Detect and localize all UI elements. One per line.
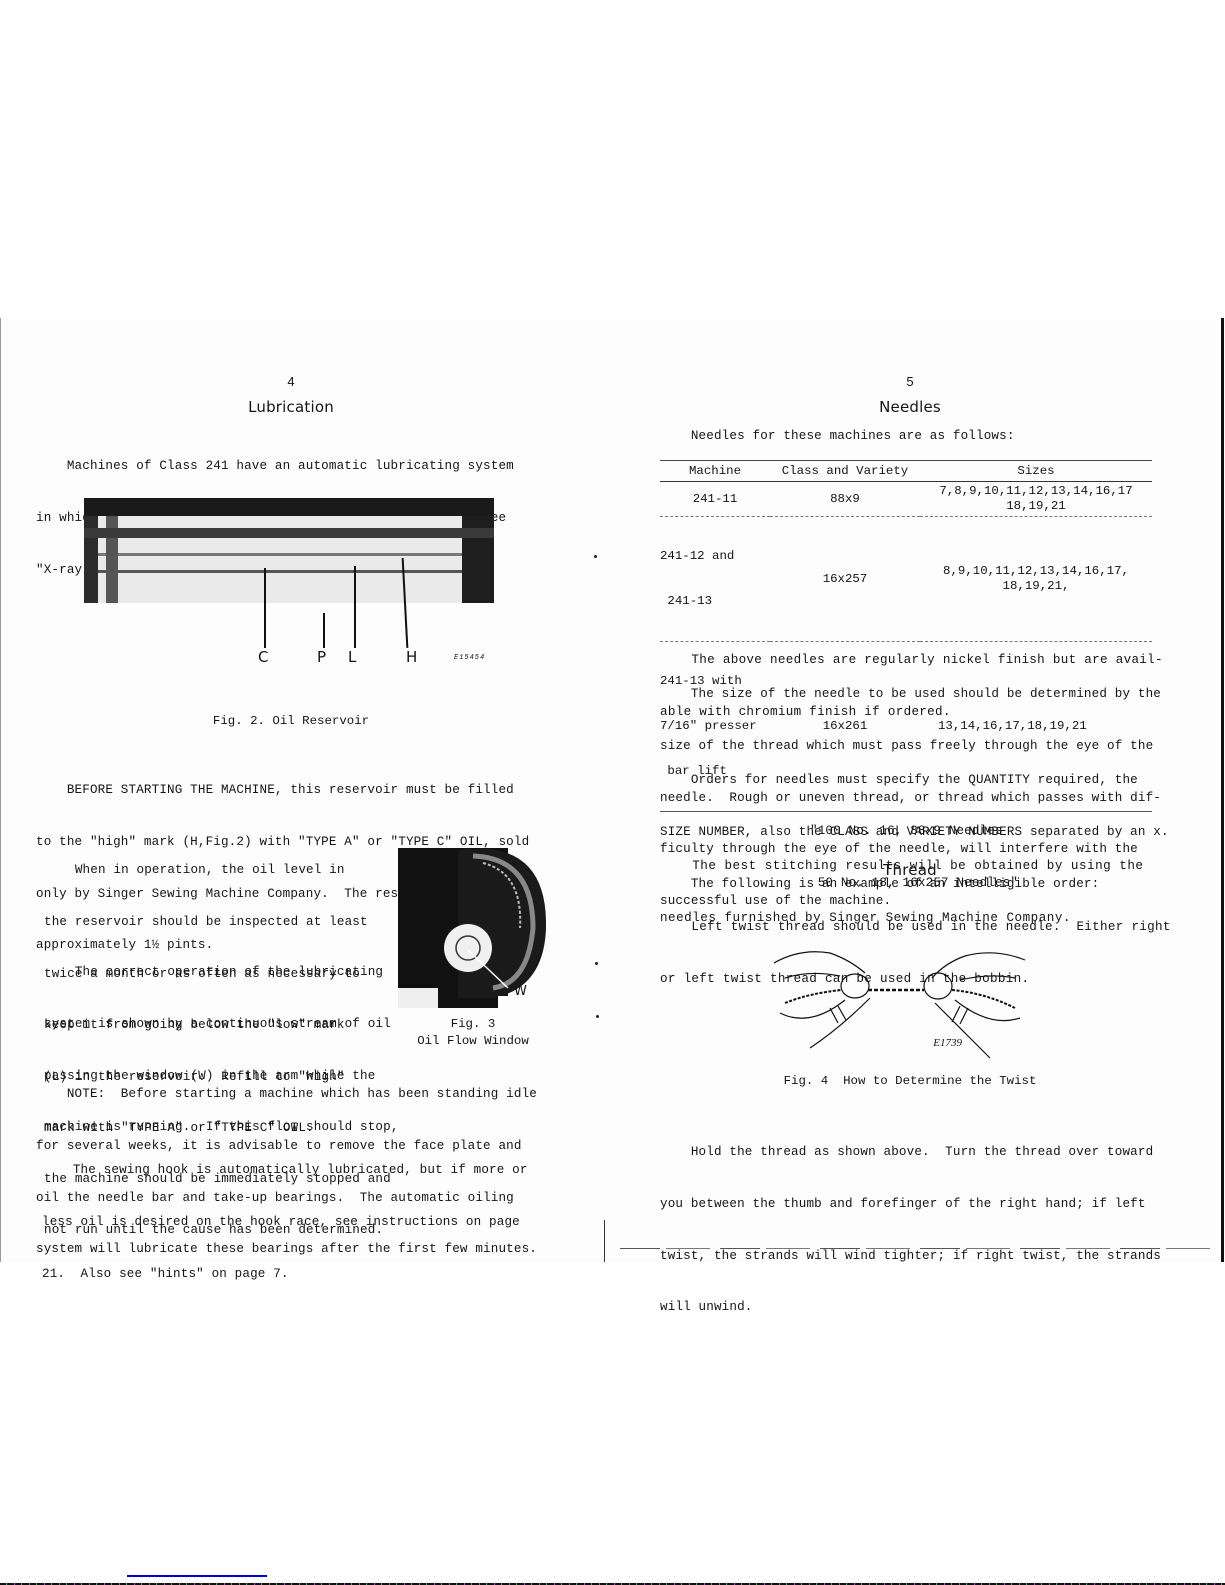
column-header-sizes: Sizes xyxy=(920,461,1152,482)
figure-oil-reservoir: C P L H E15454 xyxy=(84,498,494,658)
page-edge-right xyxy=(1221,318,1224,1262)
gutter-mark xyxy=(596,1015,599,1018)
section-heading-thread: Thread xyxy=(660,861,1160,879)
figure-code: E15454 xyxy=(454,654,485,662)
label-l: L xyxy=(348,648,356,666)
needles-intro: Needles for these machines are as follow… xyxy=(660,428,1015,445)
sewing-hook-paragraph: The sewing hook is automatically lubrica… xyxy=(42,1128,528,1317)
hands-thread-illustration xyxy=(770,938,1030,1063)
pointer-c xyxy=(264,568,266,648)
page-4: 4 Lubrication Machines of Class 241 have… xyxy=(36,318,546,1262)
pointer-l xyxy=(354,566,356,648)
page-number: 5 xyxy=(660,374,1160,389)
column-header-class: Class and Variety xyxy=(770,461,920,482)
page-5: 5 Needles Needles for these machines are… xyxy=(660,318,1160,1262)
label-c: C xyxy=(258,648,268,666)
table-header-row: Machine Class and Variety Sizes xyxy=(660,461,1152,482)
gutter-mark xyxy=(595,962,598,965)
table-row: 241-11 88x9 7,8,9,10,11,12,13,14,16,17 1… xyxy=(660,482,1152,517)
blue-underline-link[interactable] xyxy=(127,1575,267,1577)
page-edge-left xyxy=(0,318,1,1262)
pointer-p xyxy=(323,613,325,648)
figure-2-caption: Fig. 2. Oil Reservoir xyxy=(36,714,546,728)
section-heading-needles: Needles xyxy=(660,398,1160,416)
page-number: 4 xyxy=(36,374,546,389)
gutter-mark xyxy=(594,555,597,558)
label-w: W xyxy=(514,984,527,999)
label-h: H xyxy=(406,648,417,666)
column-header-machine: Machine xyxy=(660,461,770,482)
figure-twist: E1739 xyxy=(770,938,1030,1063)
hold-thread-paragraph: Hold the thread as shown above. Turn the… xyxy=(660,1110,1161,1351)
reservoir-photo xyxy=(84,498,494,603)
figure-3-caption: Fig. 3 Oil Flow Window xyxy=(398,1016,548,1050)
figure-code: E1739 xyxy=(933,1037,962,1049)
figure-4-caption: Fig. 4 How to Determine the Twist xyxy=(660,1074,1160,1088)
oil-window-photo: W xyxy=(398,838,546,1008)
section-heading-lubrication: Lubrication xyxy=(36,398,546,416)
figure-oil-flow-window: W Fig. 3 Oil Flow Window xyxy=(398,838,548,1078)
label-p: P xyxy=(317,648,326,666)
gutter-line xyxy=(604,1220,605,1262)
